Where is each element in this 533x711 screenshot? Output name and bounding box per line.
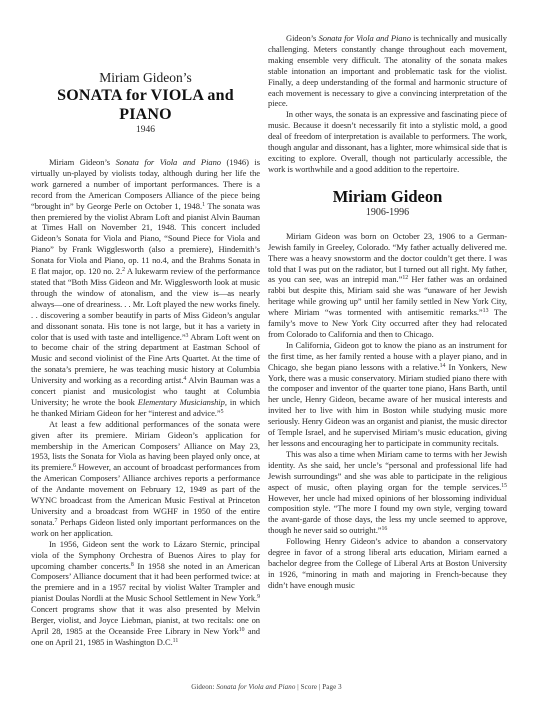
left-paragraph-3: In 1956, Gideon sent the work to Lázaro … (31, 539, 260, 648)
right-column: Gideon’s Sonata for Viola and Piano is t… (268, 0, 507, 648)
document-page: Miriam Gideon’s SONATA for VIOLA and PIA… (0, 0, 533, 711)
right-paragraph-2: In other ways, the sonata is an expressi… (268, 109, 507, 174)
left-paragraph-2: At least a few additional performances o… (31, 419, 260, 539)
left-column: Miriam Gideon’s SONATA for VIOLA and PIA… (31, 0, 260, 648)
biography-name: Miriam Gideon (268, 188, 507, 206)
title-work-name: SONATA for VIOLA and PIANO (31, 86, 260, 124)
biography-section-heading: Miriam Gideon 1906-1996 (268, 188, 507, 219)
biography-paragraph-2: In California, Gideon got to know the pi… (268, 340, 507, 449)
biography-paragraph-1: Miriam Gideon was born on October 23, 19… (268, 231, 507, 340)
biography-dates: 1906-1996 (268, 206, 507, 219)
left-paragraph-1: Miriam Gideon’s Sonata for Viola and Pia… (31, 157, 260, 419)
biography-paragraph-3: This was also a time when Miriam came to… (268, 449, 507, 536)
two-column-layout: Miriam Gideon’s SONATA for VIOLA and PIA… (31, 0, 507, 648)
biography-paragraph-4: Following Henry Gideon’s advice to aband… (268, 536, 507, 591)
title-year: 1946 (31, 124, 260, 137)
right-paragraph-1: Gideon’s Sonata for Viola and Piano is t… (268, 33, 507, 109)
article-title-block: Miriam Gideon’s SONATA for VIOLA and PIA… (31, 70, 260, 137)
title-composer-possessive: Miriam Gideon’s (31, 70, 260, 86)
page-footer: Gideon: Sonata for Viola and Piano | Sco… (0, 683, 533, 692)
